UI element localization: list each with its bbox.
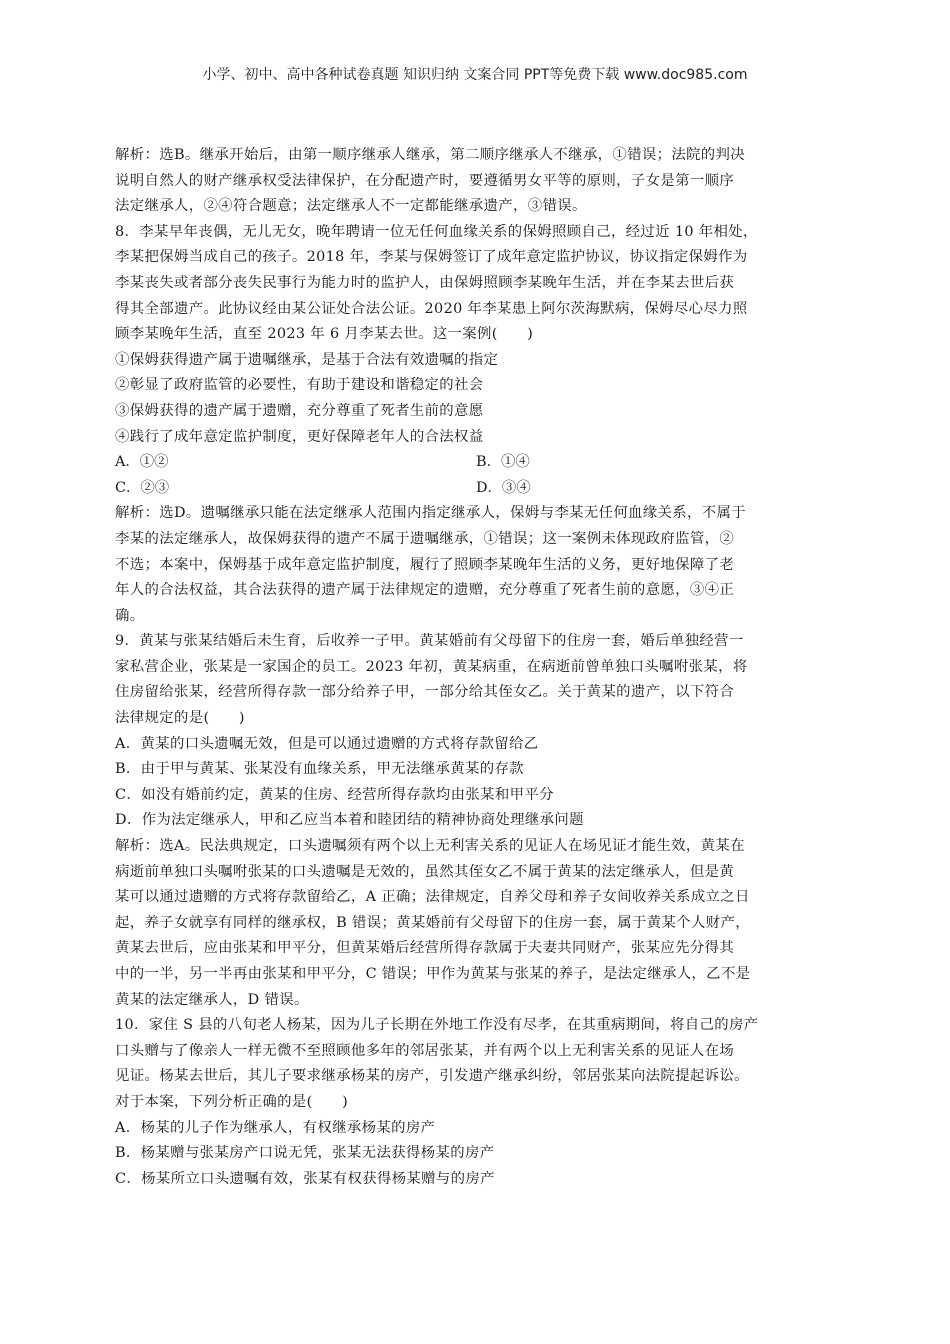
page-header-banner: 小学、初中、高中各种试卷真题 知识归纳 文案合同 PPT等免费下载 www.do… xyxy=(0,64,950,84)
statement-2: ②彰显了政府监管的必要性，有助于建设和谐稳定的社会 xyxy=(115,373,837,399)
question-stem-line: 法律规定的是( ) xyxy=(115,706,837,732)
option-b: B．杨某赠与张某房产口说无凭，张某无法获得杨某的房产 xyxy=(115,1141,837,1167)
option-d: D．③④ xyxy=(476,476,837,502)
analysis-line: 年人的合法权益，其合法获得的遗产属于法律规定的遗赠，充分尊重了死者生前的意愿，③… xyxy=(115,578,837,604)
analysis-line: 解析：选D。遗嘱继承只能在法定继承人范围内指定继承人，保姆与李某无任何血缘关系，… xyxy=(115,501,837,527)
statement-4: ④践行了成年意定监护制度，更好保障老年人的合法权益 xyxy=(115,425,837,451)
question-stem-line: 李某丧失或者部分丧失民事行为能力时的监护人，由保姆照顾李某晚年生活，并在李某去世… xyxy=(115,271,837,297)
question-stem-line: 住房留给张某，经营所得存款一部分给养子甲，一部分给其侄女乙。关于黄某的遗产，以下… xyxy=(115,680,837,706)
option-c: C．②③ xyxy=(115,476,476,502)
analysis-line: 解析：选B。继承开始后，由第一顺序继承人继承，第二顺序继承人不继承，①错误；法院… xyxy=(115,143,837,169)
document-body: 解析：选B。继承开始后，由第一顺序继承人继承，第二顺序继承人不继承，①错误；法院… xyxy=(115,143,837,1192)
option-b: B．①④ xyxy=(476,450,837,476)
analysis-line: 确。 xyxy=(115,604,837,630)
question-stem-line: 得其全部遗产。此协议经由某公证处合法公证。2020 年李某患上阿尔茨海默病，保姆… xyxy=(115,297,837,323)
option-a: A．杨某的儿子作为继承人，有权继承杨某的房产 xyxy=(115,1116,837,1142)
question-9: 9．黄某与张某结婚后未生育，后收养一子甲。黄某婚前有父母留下的住房一套，婚后单独… xyxy=(115,629,837,1013)
options-row: C．②③ D．③④ xyxy=(115,476,837,502)
option-c: C．如没有婚前约定，黄某的住房、经营所得存款均由张某和甲平分 xyxy=(115,783,837,809)
q7-analysis: 解析：选B。继承开始后，由第一顺序继承人继承，第二顺序继承人不继承，①错误；法院… xyxy=(115,143,837,220)
option-a: A．黄某的口头遗嘱无效，但是可以通过遗赠的方式将存款留给乙 xyxy=(115,732,837,758)
options-row: A．①② B．①④ xyxy=(115,450,837,476)
question-stem-line: 对于本案，下列分析正确的是( ) xyxy=(115,1090,837,1116)
question-stem-line: 口头赠与了像亲人一样无微不至照顾他多年的邻居张某，并有两个以上无利害关系的见证人… xyxy=(115,1039,837,1065)
question-stem-line: 见证。杨某去世后，其儿子要求继承杨某的房产，引发遗产继承纠纷，邻居张某向法院提起… xyxy=(115,1064,837,1090)
option-d: D．作为法定继承人，甲和乙应当本着和睦团结的精神协商处理继承问题 xyxy=(115,808,837,834)
analysis-line: 李某的法定继承人，故保姆获得的遗产不属于遗嘱继承，①错误；这一案例未体现政府监管… xyxy=(115,527,837,553)
analysis-line: 中的一半，另一半再由张某和甲平分，C 错误；甲作为黄某与张某的养子，是法定继承人… xyxy=(115,962,837,988)
statement-3: ③保姆获得的遗产属于遗赠，充分尊重了死者生前的意愿 xyxy=(115,399,837,425)
statement-1: ①保姆获得遗产属于遗嘱继承，是基于合法有效遗嘱的指定 xyxy=(115,348,837,374)
question-stem-line: 9．黄某与张某结婚后未生育，后收养一子甲。黄某婚前有父母留下的住房一套，婚后单独… xyxy=(115,629,837,655)
question-stem-line: 家私营企业，张某是一家国企的员工。2023 年初，黄某病重，在病逝前曾单独口头嘱… xyxy=(115,655,837,681)
question-stem-line: 顾李某晚年生活，直至 2023 年 6 月李某去世。这一案例( ) xyxy=(115,322,837,348)
option-a: A．①② xyxy=(115,450,476,476)
analysis-line: 黄某去世后，应由张某和甲平分，但黄某婚后经营所得存款属于夫妻共同财产，张某应先分… xyxy=(115,936,837,962)
analysis-line: 说明自然人的财产继承权受法律保护，在分配遗产时，要遵循男女平等的原则，子女是第一… xyxy=(115,169,837,195)
option-c: C．杨某所立口头遗嘱有效，张某有权获得杨某赠与的房产 xyxy=(115,1167,837,1193)
analysis-line: 病逝前单独口头嘱咐张某的口头遗嘱是无效的，虽然其侄女乙不属于黄某的法定继承人，但… xyxy=(115,860,837,886)
question-stem-line: 李某把保姆当成自己的孩子。2018 年，李某与保姆签订了成年意定监护协议，协议指… xyxy=(115,245,837,271)
analysis-line: 法定继承人，②④符合题意；法定继承人不一定都能继承遗产，③错误。 xyxy=(115,194,837,220)
question-stem-line: 8．李某早年丧偶，无儿无女，晚年聘请一位无任何血缘关系的保姆照顾自己，经过近 1… xyxy=(115,220,837,246)
analysis-line: 黄某的法定继承人，D 错误。 xyxy=(115,988,837,1014)
question-10: 10．家住 S 县的八旬老人杨某，因为儿子长期在外地工作没有尽孝，在其重病期间，… xyxy=(115,1013,837,1192)
option-b: B．由于甲与黄某、张某没有血缘关系，甲无法继承黄某的存款 xyxy=(115,757,837,783)
analysis-line: 不选；本案中，保姆基于成年意定监护制度，履行了照顾李某晚年生活的义务，更好地保障… xyxy=(115,553,837,579)
question-8: 8．李某早年丧偶，无儿无女，晚年聘请一位无任何血缘关系的保姆照顾自己，经过近 1… xyxy=(115,220,837,630)
analysis-line: 某可以通过遗赠的方式将存款留给乙，A 正确；法律规定，自养父母和养子女间收养关系… xyxy=(115,885,837,911)
question-stem-line: 10．家住 S 县的八旬老人杨某，因为儿子长期在外地工作没有尽孝，在其重病期间，… xyxy=(115,1013,837,1039)
analysis-line: 解析：选A。民法典规定，口头遗嘱须有两个以上无利害关系的见证人在场见证才能生效，… xyxy=(115,834,837,860)
analysis-line: 起，养子女就享有同样的继承权，B 错误；黄某婚前有父母留下的住房一套，属于黄某个… xyxy=(115,911,837,937)
